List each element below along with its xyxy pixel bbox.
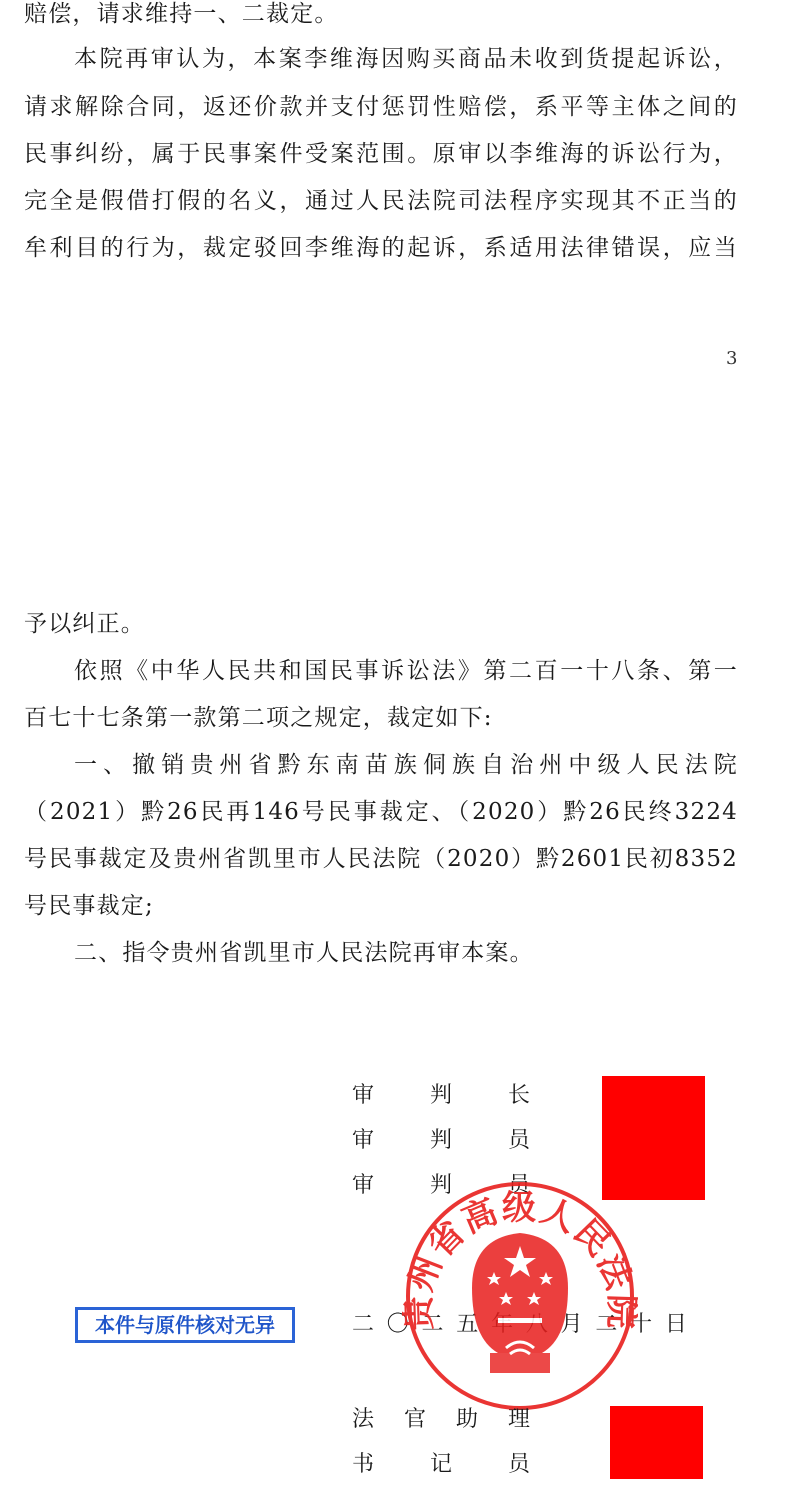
- text-line: 赔偿，请求维持一、二裁定。: [24, 0, 738, 28]
- text-line: 一、撤销贵州省黔东南苗族侗族自治州中级人民法院: [74, 751, 738, 779]
- date-char: 日: [665, 1311, 687, 1339]
- role-char: 判: [430, 1082, 452, 1110]
- text-line: 二、指令贵州省凯里市人民法院再审本案。: [74, 939, 738, 967]
- signature-role-judicial-assistant: 法 官 助 理: [352, 1406, 530, 1434]
- role-char: 长: [508, 1082, 530, 1110]
- text-line: （2021）黔26民再146号民事裁定、（2020）黔26民终3224: [24, 798, 738, 826]
- role-char: 助: [456, 1406, 478, 1434]
- role-char: 审: [352, 1127, 374, 1155]
- role-char: 书: [352, 1451, 374, 1479]
- role-char: 员: [508, 1127, 530, 1155]
- text-line: 依照《中华人民共和国民事诉讼法》第二百一十八条、第一: [74, 657, 738, 685]
- role-char: 理: [508, 1406, 530, 1434]
- court-seal-icon: 贵州省高级人民法院: [402, 1178, 638, 1414]
- text-line: 民事纠纷，属于民事案件受案范围。原审以李维海的诉讼行为，: [24, 140, 738, 168]
- text-line: 予以纠正。: [24, 610, 738, 638]
- role-char: 审: [352, 1172, 374, 1200]
- text-line: 完全是假借打假的名义，通过人民法院司法程序实现其不正当的: [24, 187, 738, 215]
- signature-role-presiding-judge: 审 判 长: [352, 1082, 530, 1110]
- role-char: 法: [352, 1406, 374, 1434]
- text-line: 百七十七条第一款第二项之规定，裁定如下:: [24, 704, 738, 732]
- text-line: 号民事裁定;: [24, 892, 738, 920]
- role-char: 员: [508, 1451, 530, 1479]
- date-char: 二: [352, 1311, 374, 1339]
- role-char: 官: [404, 1406, 426, 1434]
- role-char: 判: [430, 1127, 452, 1155]
- role-char: 记: [430, 1451, 452, 1479]
- text-line: 牟利目的行为，裁定驳回李维海的起诉，系适用法律错误，应当: [24, 234, 738, 262]
- signature-role-clerk: 书 记 员: [352, 1451, 530, 1479]
- text-line: 请求解除合同，返还价款并支付惩罚性赔偿，系平等主体之间的: [24, 93, 738, 121]
- page-number: 3: [726, 348, 737, 370]
- text-line: 本院再审认为，本案李维海因购买商品未收到货提起诉讼，: [74, 45, 738, 73]
- redaction-clerks-names: [610, 1406, 703, 1479]
- signature-role-judge: 审 判 员: [352, 1127, 530, 1155]
- verification-stamp: 本件与原件核对无异: [75, 1307, 295, 1343]
- text-line: 号民事裁定及贵州省凯里市人民法院（2020）黔2601民初8352: [24, 845, 738, 873]
- role-char: 审: [352, 1082, 374, 1110]
